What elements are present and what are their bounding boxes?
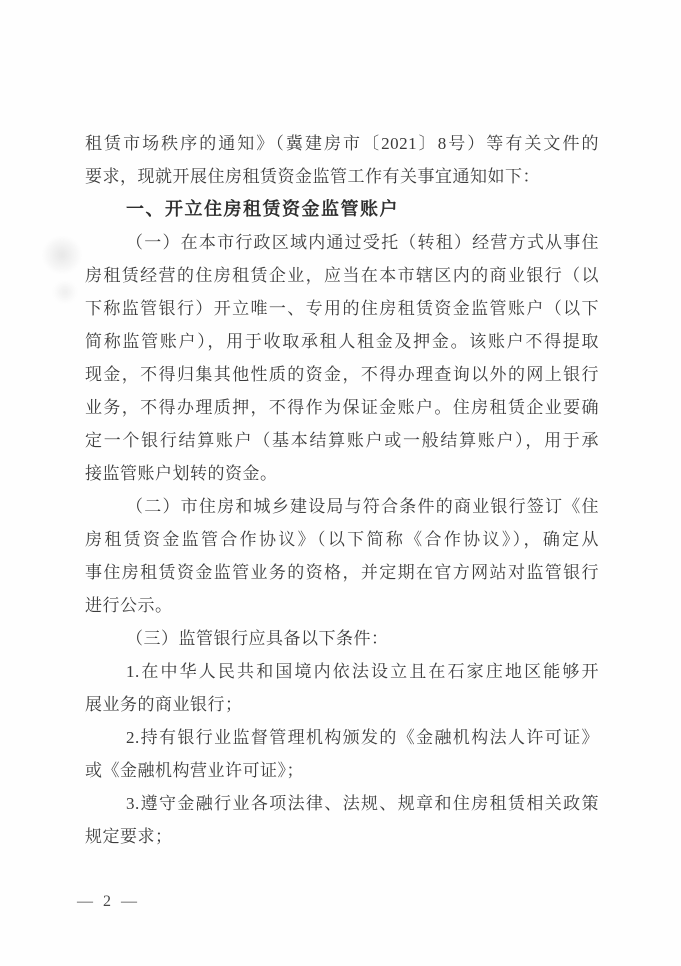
page-number: — 2 — [77,890,140,914]
document-line: 1.在中华人民共和国境内依法设立且在石家庄地区能够开 [85,655,599,688]
document-page: 租赁市场秩序的通知》（冀建房市〔2021〕8号）等有关文件的要求，现就开展住房租… [0,0,681,966]
scan-smudge [54,282,76,302]
document-line: 规定要求； [85,820,599,853]
document-line: 房租赁经营的住房租赁企业，应当在本市辖区内的商业银行（以 [85,259,599,292]
document-line: 下称监管银行）开立唯一、专用的住房租赁资金监管账户（以下 [85,292,599,325]
document-line: 要求，现就开展住房租赁资金监管工作有关事宜通知如下： [85,160,599,193]
document-line: （一）在本市行政区域内通过受托（转租）经营方式从事住 [85,226,599,259]
document-line: 简称监管账户），用于收取承租人租金及押金。该账户不得提取 [85,325,599,358]
document-line: 事住房租赁资金监管业务的资格，并定期在官方网站对监管银行 [85,556,599,589]
document-line: 房租赁资金监管合作协议》（以下简称《合作协议》），确定从 [85,523,599,556]
section-heading: 一、开立住房租赁资金监管账户 [85,193,599,226]
document-body: 租赁市场秩序的通知》（冀建房市〔2021〕8号）等有关文件的要求，现就开展住房租… [85,127,599,853]
document-line: （三）监管银行应具备以下条件： [85,622,599,655]
document-line: 现金，不得归集其他性质的资金，不得办理查询以外的网上银行 [85,358,599,391]
document-line: 定一个银行结算账户（基本结算账户或一般结算账户），用于承 [85,424,599,457]
document-line: 业务，不得办理质押，不得作为保证金账户。住房租赁企业要确 [85,391,599,424]
document-line: 接监管账户划转的资金。 [85,457,599,490]
document-line: 3.遵守金融行业各项法律、法规、规章和住房租赁相关政策 [85,787,599,820]
scan-smudge [44,238,80,272]
document-line: 2.持有银行业监督管理机构颁发的《金融机构法人许可证》 [85,721,599,754]
document-line: 租赁市场秩序的通知》（冀建房市〔2021〕8号）等有关文件的 [85,127,599,160]
document-line: 展业务的商业银行； [85,688,599,721]
document-line: 进行公示。 [85,589,599,622]
document-line: 或《金融机构营业许可证》； [85,754,599,787]
document-line: （二）市住房和城乡建设局与符合条件的商业银行签订《住 [85,490,599,523]
